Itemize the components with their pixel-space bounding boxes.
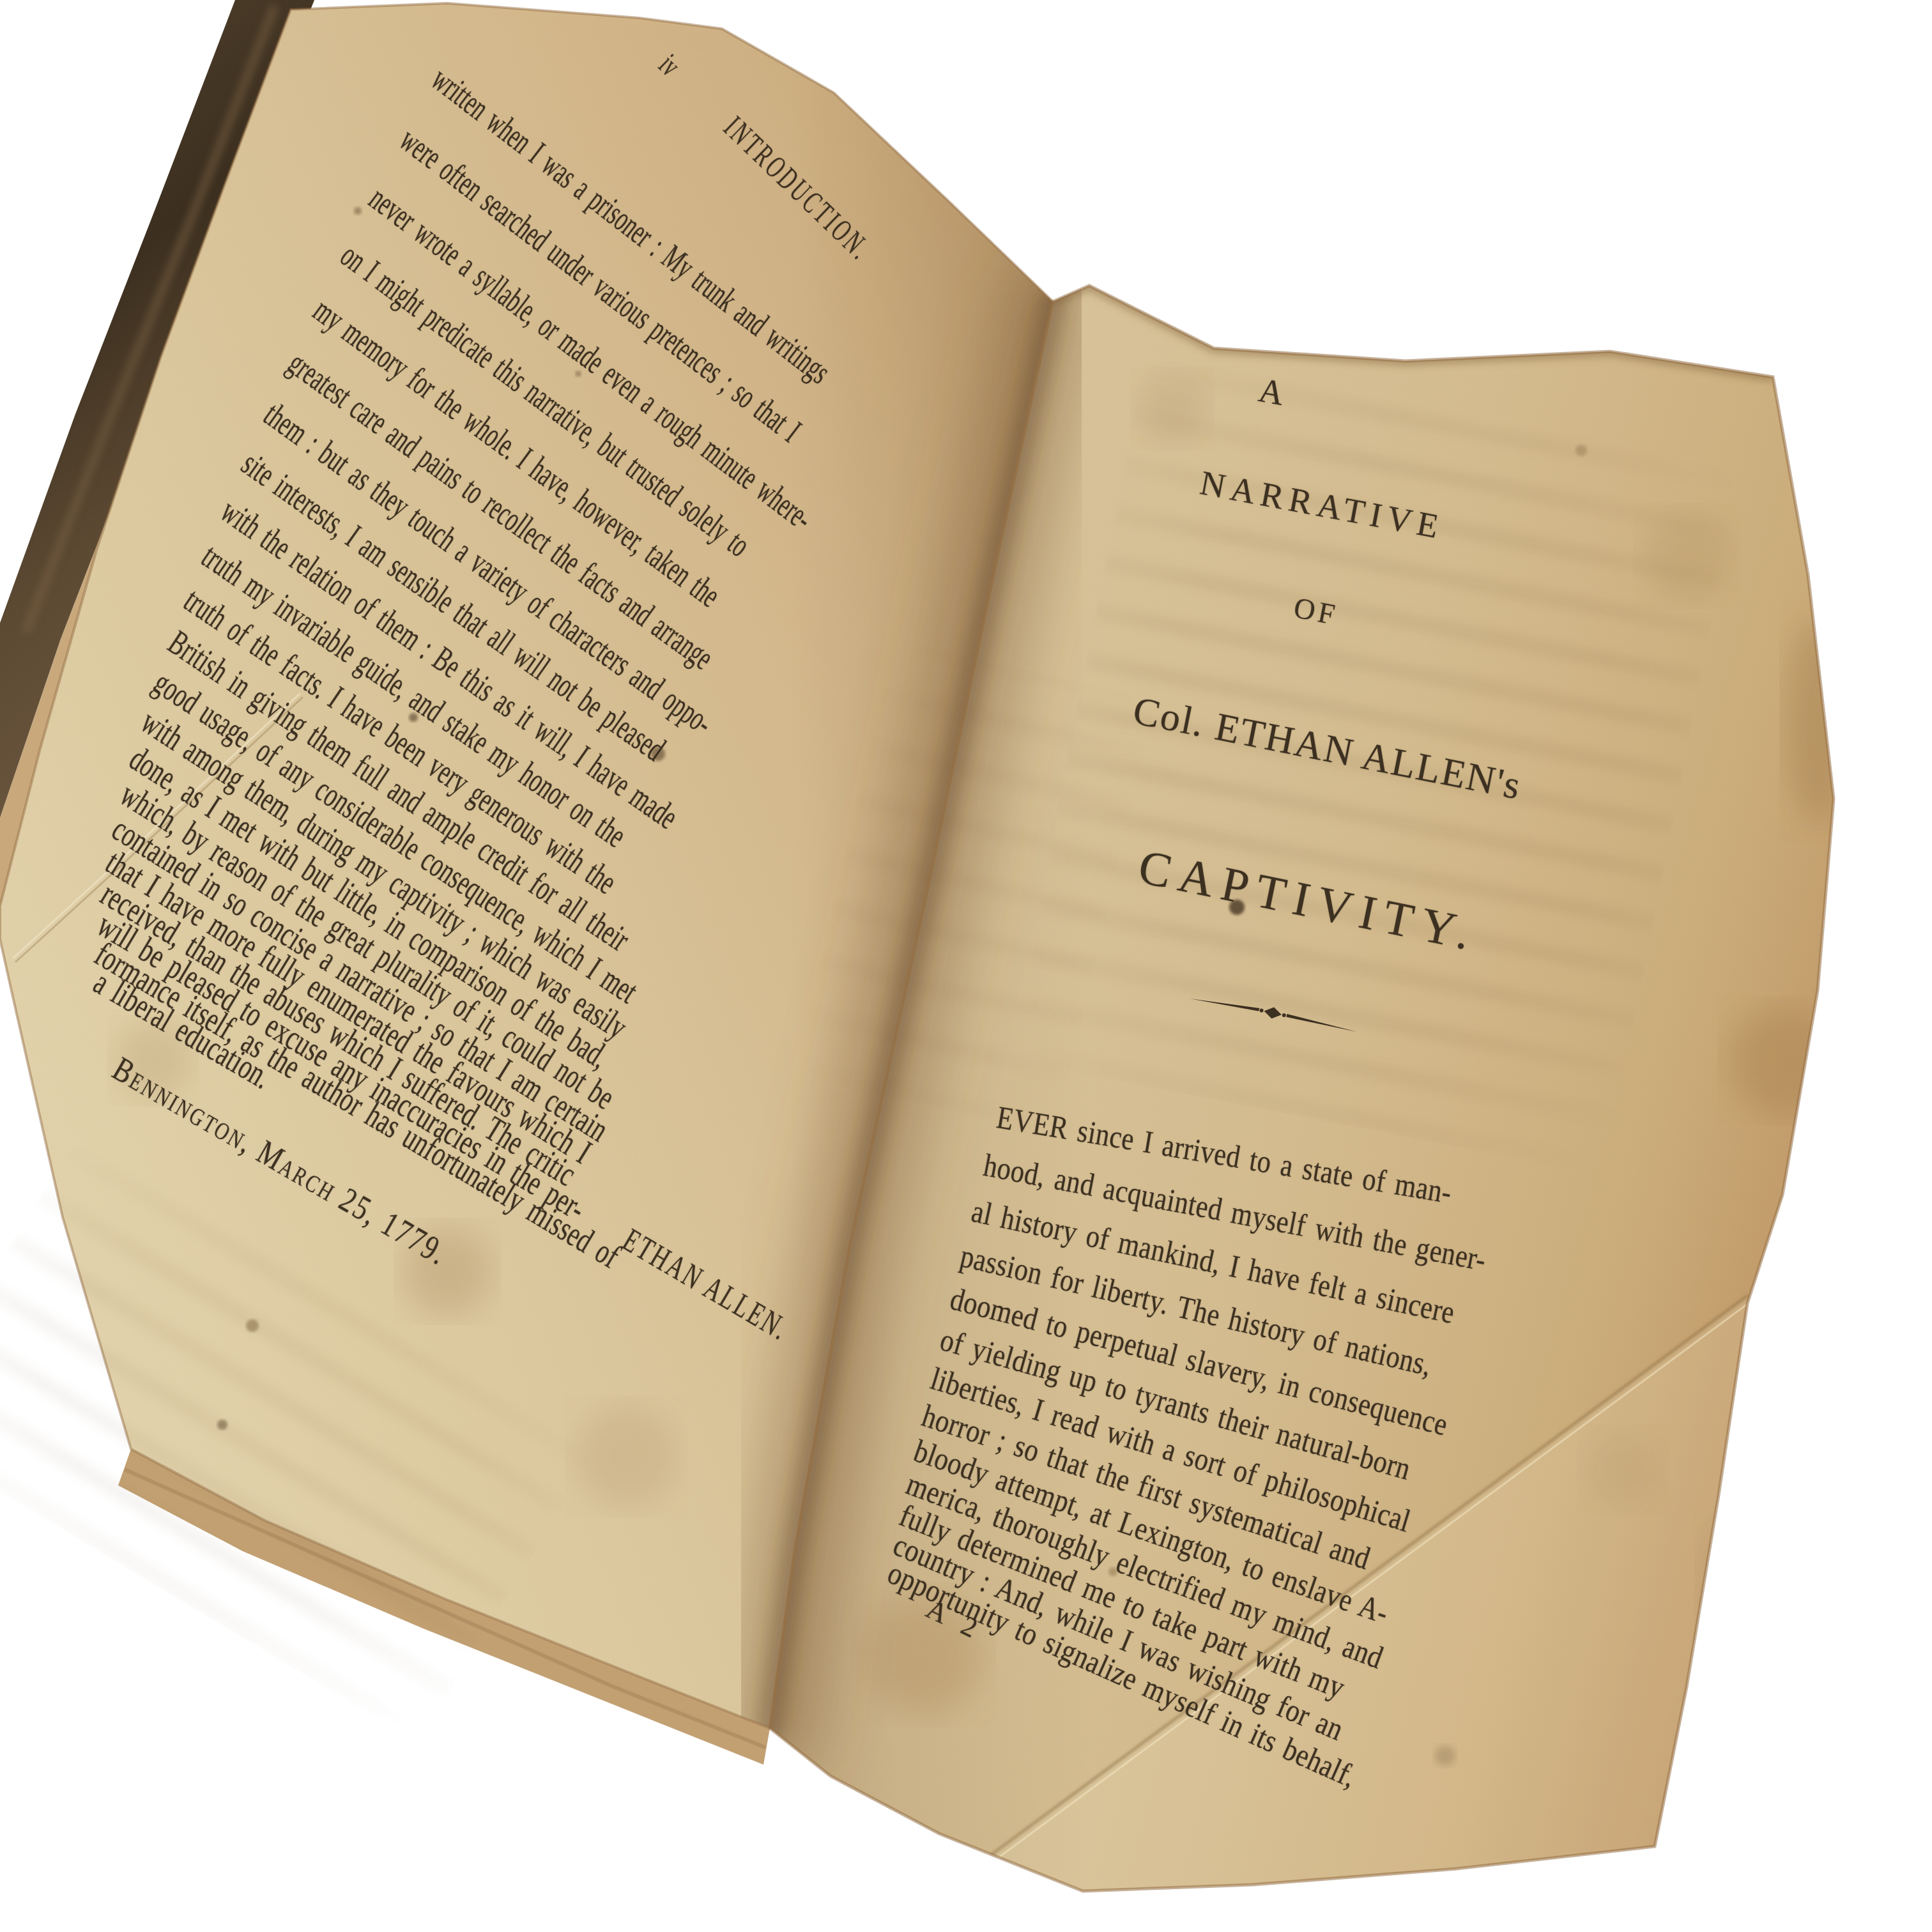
open-book-photo: ivINTRODUCTION. written when I was a pri… xyxy=(0,0,1932,1932)
